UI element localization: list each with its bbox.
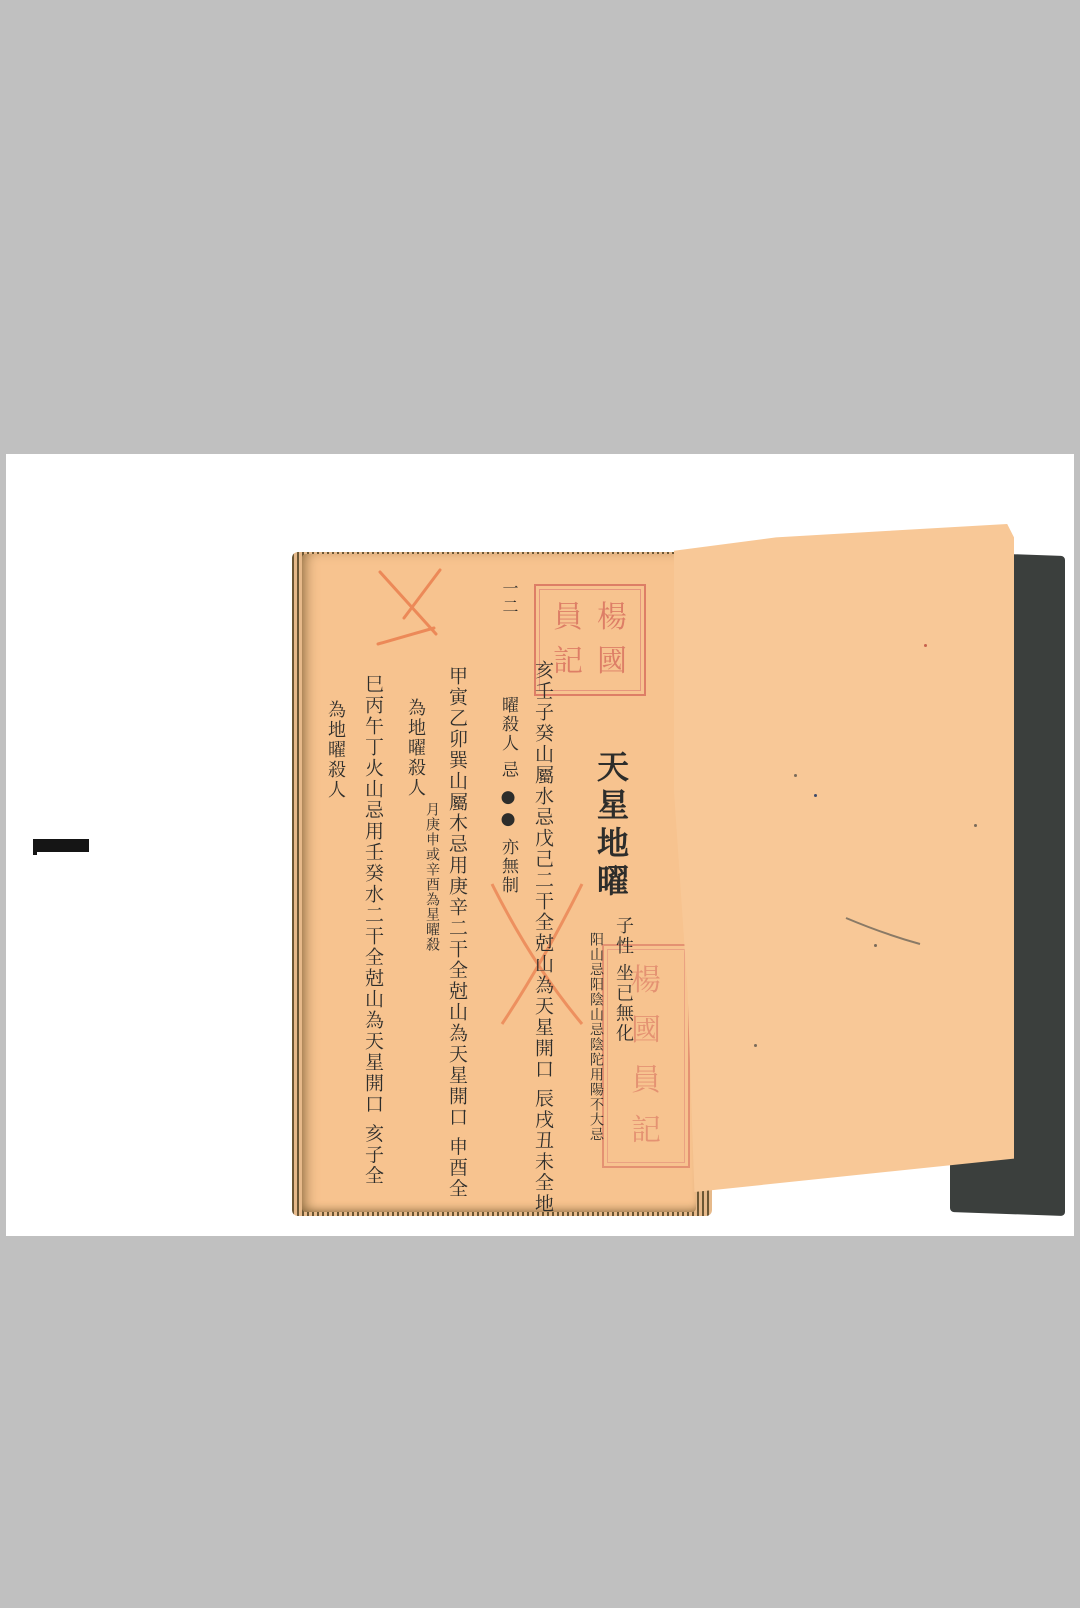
text-column-5: 巳丙午丁火山忌用壬癸水二干全尅山為天星開口 亥子全	[360, 674, 387, 1186]
text-column-3: 甲寅乙卯巽山屬木忌用庚辛二干全尅山為天星開口 申酉全	[444, 666, 471, 1199]
crayon-mark-top	[374, 566, 454, 646]
right-page-blank	[674, 524, 1014, 1192]
seal-char: 楊	[590, 603, 634, 633]
seal-char: 員	[614, 1066, 678, 1096]
seal-char: 員	[546, 603, 590, 633]
section-title: 天星地曜	[588, 750, 634, 902]
title-note: 子性 坐已無化	[610, 916, 636, 1044]
text-column-4-note: 月庚申或辛酉為星曜殺	[422, 802, 442, 952]
text-column-1: 亥壬子癸山屬水忌戊己二干全尅山為天星開口 辰戌丑未全地	[530, 660, 557, 1214]
text-column-4: 為地曜殺人	[402, 698, 428, 798]
seal-char: 國	[590, 647, 634, 677]
open-book: 員 楊 記 國 楊 國 員 記 一二 天星地曜 子性 坐已無化 阳山忌阳陰山忌陰…	[290, 528, 1075, 1220]
paper-fiber	[844, 914, 924, 954]
page-number: 一二	[498, 580, 521, 616]
title-subnote: 阳山忌阳陰山忌陰陀用陽不大忌	[586, 932, 606, 1142]
seal-char: 記	[614, 1116, 678, 1146]
registration-mark	[33, 839, 89, 852]
left-page: 員 楊 記 國 楊 國 員 記 一二 天星地曜 子性 坐已無化 阳山忌阳陰山忌陰…	[302, 554, 696, 1212]
text-column-2: 曜殺人 忌 ●● 亦無制	[496, 696, 521, 895]
text-column-6: 為地曜殺人	[322, 700, 348, 800]
